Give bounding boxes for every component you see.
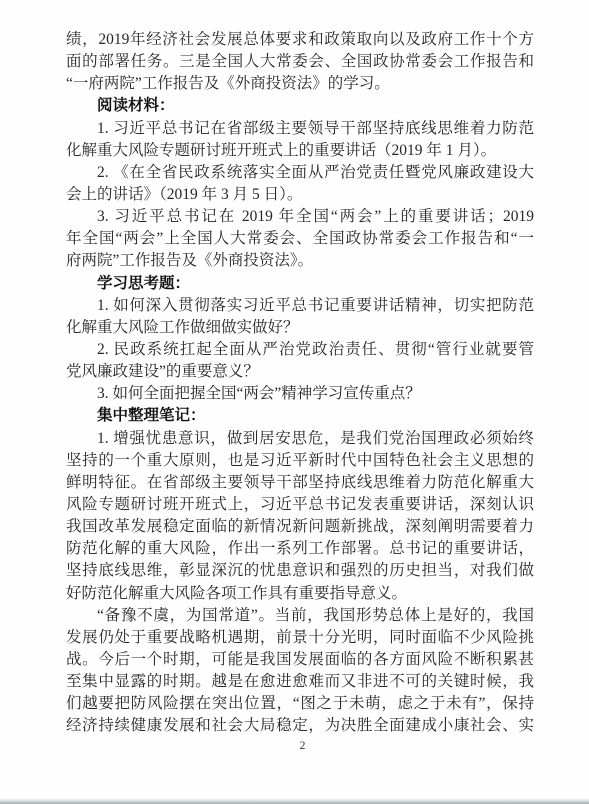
text-line: 风险专题研讨班开班式上，习近平总书记发表重要讲话，深刻认识 <box>66 494 534 516</box>
document-page: 绩，2019年经济社会发展总体要求和政策取向以及政府工作十个方面的部署任务。三是… <box>0 0 589 804</box>
text-line: 年全国“两会”上全国人大常委会、全国政协常委会工作报告和“一 <box>66 228 534 250</box>
page-number: 2 <box>8 738 589 753</box>
text-line: 1. 习近平总书记在省部级主要领导干部坚持底线思维着力防范 <box>66 118 534 140</box>
text-line: “备豫不虞，为国常道”。当前，我国形势总体上是好的，我国 <box>66 605 534 627</box>
text-line: 2. 民政系统扛起全面从严治党政治责任、贯彻“管行业就要管 <box>66 339 534 361</box>
section-heading: 集中整理笔记： <box>66 405 534 427</box>
text-line: 化解重大风险工作做细做实做好？ <box>66 317 534 339</box>
text-line: 坚持底线思维，彰显深沉的忧患意识和强烈的历史担当，对我们做 <box>66 560 534 582</box>
text-line: 绩，2019年经济社会发展总体要求和政策取向以及政府工作十个方 <box>66 29 534 51</box>
text-line: 好防范化解重大风险各项工作具有重要指导意义。 <box>66 583 534 605</box>
text-line: 经济持续健康发展和社会大局稳定，为决胜全面建成小康社会、实 <box>66 715 534 737</box>
page-bottom-edge <box>0 798 589 804</box>
section-heading: 阅读材料： <box>66 95 534 117</box>
text-line: 防范化解的重大风险，作出一系列工作部署。总书记的重要讲话， <box>66 538 534 560</box>
text-line: 府两院”工作报告及《外商投资法》。 <box>66 250 534 272</box>
text-line: 3. 如何全面把握全国“两会”精神学习宣传重点？ <box>66 383 534 405</box>
text-line: “一府两院”工作报告及《外商投资法》的学习。 <box>66 73 534 95</box>
text-line: 战。今后一个时期，可能是我国发展面临的各方面风险不断积累甚 <box>66 649 534 671</box>
text-line: 们越要把防风险摆在突出位置，“图之于未萌，虑之于未有”，保持 <box>66 693 534 715</box>
text-line: 面的部署任务。三是全国人大常委会、全国政协常委会工作报告和 <box>66 51 534 73</box>
text-line: 化解重大风险专题研讨班开班式上的重要讲话（2019 年 1 月）。 <box>66 140 534 162</box>
text-line: 坚持的一个重大原则，也是习近平新时代中国特色社会主义思想的 <box>66 450 534 472</box>
text-line: 至集中显露的时期。越是在愈进愈难而又非进不可的关键时候，我 <box>66 671 534 693</box>
text-line: 我国改革发展稳定面临的新情况新问题新挑战，深刻阐明需要着力 <box>66 516 534 538</box>
document-text-block: 绩，2019年经济社会发展总体要求和政策取向以及政府工作十个方面的部署任务。三是… <box>66 29 534 738</box>
text-line: 2. 《在全省民政系统落实全面从严治党责任暨党风廉政建设大 <box>66 162 534 184</box>
text-line: 1. 如何深入贯彻落实习近平总书记重要讲话精神，切实把防范 <box>66 295 534 317</box>
text-line: 党风廉政建设”的重要意义？ <box>66 361 534 383</box>
text-line: 3. 习近平总书记在 2019 年全国“两会”上的重要讲话；2019 <box>66 206 534 228</box>
text-line: 会上的讲话》（2019 年 3 月 5 日）。 <box>66 184 534 206</box>
text-line: 鲜明特征。在省部级主要领导干部坚持底线思维着力防范化解重大 <box>66 472 534 494</box>
text-line: 1. 增强忧患意识，做到居安思危，是我们党治国理政必须始终 <box>66 428 534 450</box>
section-heading: 学习思考题： <box>66 273 534 295</box>
text-line: 发展仍处于重要战略机遇期，前景十分光明，同时面临不少风险挑 <box>66 627 534 649</box>
